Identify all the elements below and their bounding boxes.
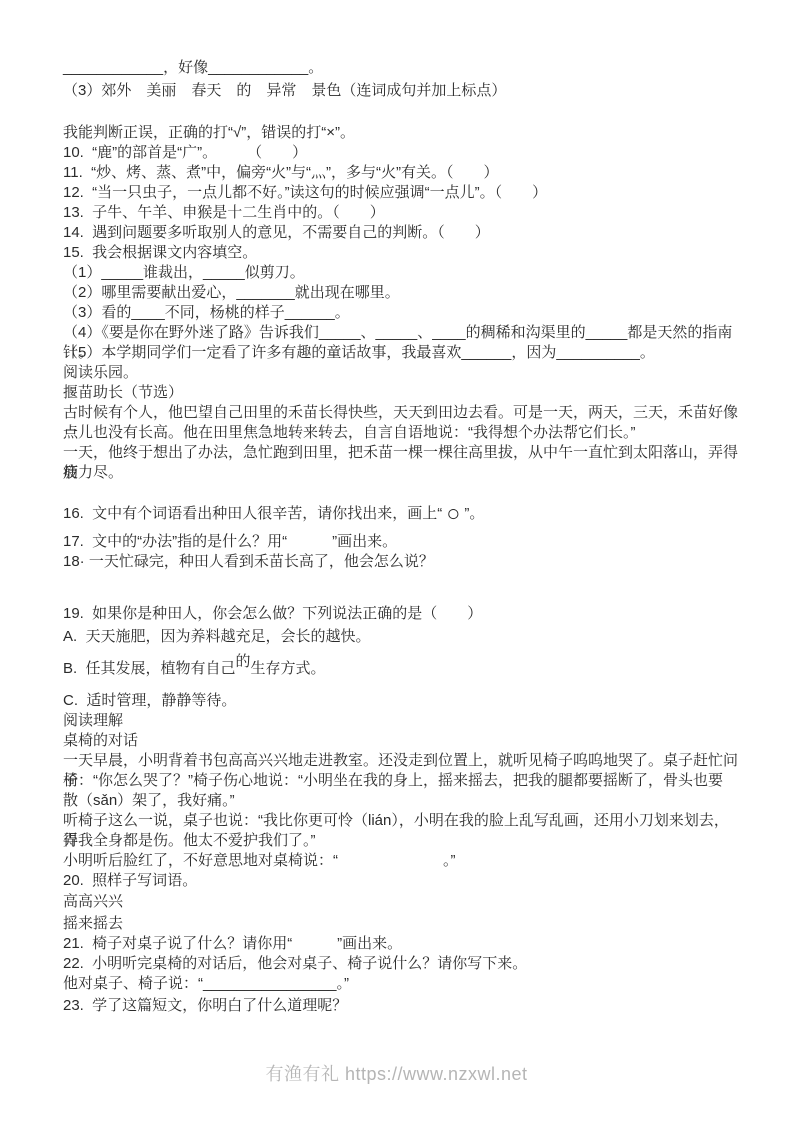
passage-line: 疲力尽。 <box>63 463 739 483</box>
question-20: 20. 照样子写词语。 <box>63 871 739 891</box>
text-segment: 小明听后脸红了，不好意思地对桌椅说：“ 。” <box>63 852 456 869</box>
text-segment: 他对桌子、椅子说：“________________。” <box>63 975 349 992</box>
option-c: C. 适时管理，静静等待。 <box>63 691 739 711</box>
text-segment: 19. 如果你是种田人，你会怎么做？下列说法正确的是（ ） <box>63 605 482 622</box>
text-segment: 12. “当一只虫子，一点儿都不好。”读这句的时候应强调“一点儿”。（ ） <box>63 184 547 201</box>
question-10: 10. “鹿”的部首是“广”。 （ ） <box>63 143 739 163</box>
section-reading-comprehension: 阅读理解 <box>63 711 739 731</box>
question-11: 11. “炒、烤、蒸、煮”中，偏旁“火”与“灬”，多与“火”有关。（ ） <box>63 163 739 183</box>
text-segment: 15. 我会根据课文内容填空。 <box>63 244 257 261</box>
answer-rule <box>63 109 739 121</box>
text-segment: 我能判断正误，正确的打“√”，错误的打“×”。 <box>63 124 355 141</box>
question-22: 22. 小明听完桌椅的对话后，他会对桌子、椅子说什么？请你写下来。 <box>63 954 739 974</box>
text-segment: 阅读乐园。 <box>63 364 138 381</box>
question-12: 12. “当一只虫子，一点儿都不好。”读这句的时候应强调“一点儿”。（ ） <box>63 183 739 203</box>
text-segment: 16. 文中有个词语看出种田人很辛苦，请你找出来，画上“ <box>63 505 446 522</box>
document-lines: ____________，好像____________。（3）郊外 美丽 春天 … <box>63 58 739 1016</box>
text-segment: （2）哪里需要献出爱心，_______就出现在哪里。 <box>63 284 400 301</box>
question-19: 19. 如果你是种田人，你会怎么做？下列说法正确的是（ ） <box>63 604 739 624</box>
text-segment: 23. 学了这篇短文，你明白了什么道理呢？ <box>63 997 347 1014</box>
circle-mark-glyph: ○ <box>446 500 460 526</box>
passage-line: 散（sǎn）架了，我好痛。” <box>63 791 739 811</box>
text-segment: 10. “鹿”的部首是“广”。 （ ） <box>63 144 307 161</box>
text-segment: 22. 小明听完桌椅的对话后，他会对桌子、椅子说什么？请你写下来。 <box>63 955 527 972</box>
text-segment: （5）本学期同学们一定看了许多有趣的童话故事，我最喜欢______，因为____… <box>63 344 655 361</box>
text-segment: 揠苗助长（节选） <box>63 384 183 401</box>
text-segment: A. 天天施肥，因为养料越充足，会长的越快。 <box>63 628 371 645</box>
question-14: 14. 遇到问题要多听取别人的意见，不需要自己的判断。（ ） <box>63 223 739 243</box>
question-15-3: （3）看的____不同，杨桃的样子______。 <box>63 303 739 323</box>
passage-line: 听椅子这么一说，桌子也说：“我比你更可怜（lián），小明在我的脸上乱写乱画，还… <box>63 811 739 831</box>
text-segment: 阅读理解 <box>63 712 123 729</box>
text-segment: 20. 照样子写词语。 <box>63 872 197 889</box>
text-segment: 14. 遇到问题要多听取别人的意见，不需要自己的判断。（ ） <box>63 224 490 241</box>
question-15: 15. 我会根据课文内容填空。 <box>63 243 739 263</box>
text-segment: 21. 椅子对桌子说了什么？请你用“ ”画出来。 <box>63 935 402 952</box>
text-segment: 桌椅的对话 <box>63 732 138 749</box>
passage-line: 小明听后脸红了，不好意思地对桌椅说：“ 。” <box>63 851 739 871</box>
text-segment: C. 适时管理，静静等待。 <box>63 692 236 709</box>
passage-line: 古时候有个人，他巴望自己田里的禾苗长得快些，天天到田边去看。可是一天，两天，三天… <box>63 403 739 423</box>
option-b: B. 任其发展，植物有自己的生存方式。 <box>63 659 739 679</box>
text-segment: 点儿也没有长高。他在田里焦急地转来转去，自言自语地说：“我得想个办法帮它们长。” <box>63 424 636 441</box>
question-9-3: （3）郊外 美丽 春天 的 异常 景色（连词成句并加上标点） <box>63 81 739 101</box>
text-segment: 的 <box>236 653 251 670</box>
text-segment: ”。 <box>460 505 484 522</box>
text-segment: （1）_____谁裁出，_____似剪刀。 <box>63 264 305 281</box>
text-segment: ____________，好像____________。 <box>63 59 323 76</box>
question-15-2: （2）哪里需要献出爱心，_______就出现在哪里。 <box>63 283 739 303</box>
question-15-5: （5）本学期同学们一定看了许多有趣的童话故事，我最喜欢______，因为____… <box>63 343 739 363</box>
question-20-row-2: 摇来摇去 <box>63 914 739 934</box>
text-segment: 子：“你怎么哭了？”椅子伤心地说：“小明坐在我的身上，摇来摇去，把我的腿都要摇断… <box>63 772 723 789</box>
text-segment: （3）看的____不同，杨桃的样子______。 <box>63 304 350 321</box>
passage-title-yamiaozhuzhang: 揠苗助长（节选） <box>63 383 739 403</box>
passage-line: 子：“你怎么哭了？”椅子伤心地说：“小明坐在我的身上，摇来摇去，把我的腿都要摇断… <box>63 771 739 791</box>
text-segment: （3）郊外 美丽 春天 的 异常 景色（连词成句并加上标点） <box>63 82 506 99</box>
passage-line: 一天，他终于想出了办法，急忙跑到田里，把禾苗一棵一棵往高里拔，从中午一直忙到太阳… <box>63 443 739 463</box>
text-segment: 11. “炒、烤、蒸、煮”中，偏旁“火”与“灬”，多与“火”有关。（ ） <box>63 164 499 181</box>
text-segment: 得我全身都是伤。他太不爱护我们了。” <box>63 832 316 849</box>
section-reading-garden: 阅读乐园。 <box>63 363 739 383</box>
text-segment: 高高兴兴 <box>63 893 123 910</box>
question-15-4: （4）《要是你在野外迷了路》告诉我们_____、_____、____的稠稀和沟渠… <box>63 323 739 343</box>
section-judge-instruction: 我能判断正误，正确的打“√”，错误的打“×”。 <box>63 123 739 143</box>
fill-blank-sentence: ____________，好像____________。 <box>63 58 739 78</box>
question-21: 21. 椅子对桌子说了什么？请你用“ ”画出来。 <box>63 934 739 954</box>
text-segment: 13. 子牛、午羊、申猴是十二生肖中的。（ ） <box>63 204 385 221</box>
passage-line: 得我全身都是伤。他太不爱护我们了。” <box>63 831 739 851</box>
passage-title-zhuoyi: 桌椅的对话 <box>63 731 739 751</box>
exam-paper-page: ____________，好像____________。（3）郊外 美丽 春天 … <box>0 0 793 1122</box>
answer-rule <box>63 587 739 599</box>
question-17: 17. 文中的“办法”指的是什么？用“ ”画出来。 <box>63 532 739 552</box>
option-a: A. 天天施肥，因为养料越充足，会长的越快。 <box>63 627 739 647</box>
watermark-footer: 有渔有礼 https://www.nzxwl.net <box>0 1060 793 1086</box>
passage-line: 点儿也没有长高。他在田里焦急地转来转去，自言自语地说：“我得想个办法帮它们长。” <box>63 423 739 443</box>
question-22-answer: 他对桌子、椅子说：“________________。” <box>63 974 739 994</box>
question-18: 18· 一天忙碌完，种田人看到禾苗长高了，他会怎么说？ <box>63 552 739 572</box>
text-segment: 摇来摇去 <box>63 915 123 932</box>
text-segment: 18· 一天忙碌完，种田人看到禾苗长高了，他会怎么说？ <box>63 553 434 570</box>
question-15-1: （1）_____谁裁出，_____似剪刀。 <box>63 263 739 283</box>
text-segment: 17. 文中的“办法”指的是什么？用“ ”画出来。 <box>63 533 397 550</box>
text-segment: B. 任其发展，植物有自己 <box>63 660 236 677</box>
text-segment: 生存方式。 <box>251 660 326 677</box>
text-segment: 散（sǎn）架了，我好痛。” <box>63 792 235 809</box>
question-20-row-1: 高高兴兴 <box>63 892 739 912</box>
passage-line: 一天早晨，小明背着书包高高兴兴地走进教室。还没走到位置上，就听见椅子呜呜地哭了。… <box>63 751 739 771</box>
question-23: 23. 学了这篇短文，你明白了什么道理呢？ <box>63 996 739 1016</box>
text-segment: 疲力尽。 <box>63 464 123 481</box>
question-13: 13. 子牛、午羊、申猴是十二生肖中的。（ ） <box>63 203 739 223</box>
question-16: 16. 文中有个词语看出种田人很辛苦，请你找出来，画上“ ○ ”。 <box>63 503 739 523</box>
